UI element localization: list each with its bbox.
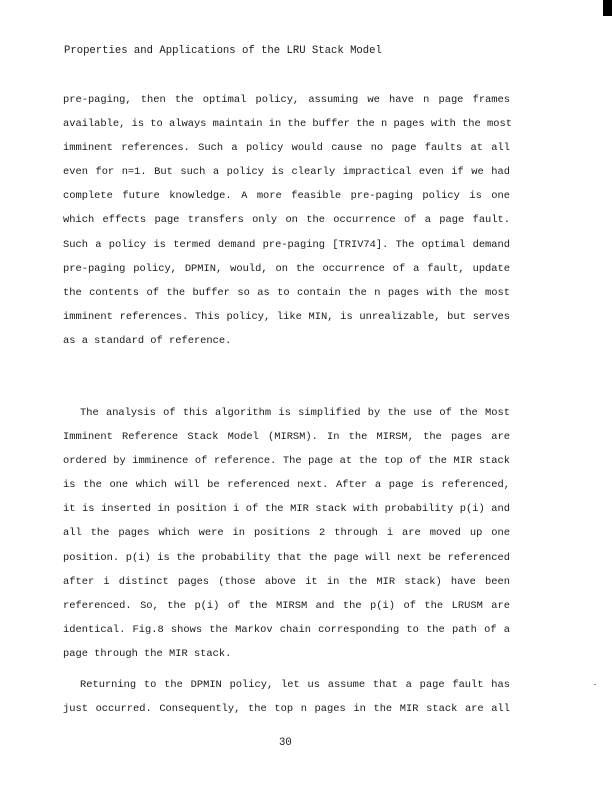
paragraph-mirsm: The analysis of this algorithm is simpli… <box>63 401 510 666</box>
text-line: pre-paging, then the optimal policy, ass… <box>63 88 510 112</box>
text-line: the contents of the buffer so as to cont… <box>63 281 510 305</box>
text-line: Such a policy is termed demand pre-pagin… <box>63 233 510 257</box>
text-line: as a standard of reference. <box>63 329 510 353</box>
text-line: Returning to the DPMIN policy, let us as… <box>63 673 510 697</box>
running-title: Properties and Applications of the LRU S… <box>64 45 382 57</box>
page-number: 30 <box>279 737 292 749</box>
text-line: after i distinct pages (those above it i… <box>63 570 510 594</box>
text-line: is the one which will be referenced next… <box>63 473 510 497</box>
text-line: referenced. So, the p(i) of the MIRSM an… <box>63 594 510 618</box>
text-line: even for n=1. But such a policy is clear… <box>63 160 510 184</box>
paragraph-dpmin-intro: pre-paging, then the optimal policy, ass… <box>63 88 510 353</box>
text-line: The analysis of this algorithm is simpli… <box>63 401 510 425</box>
text-line: position. p(i) is the probability that t… <box>63 546 510 570</box>
text-line: imminent references. This policy, like M… <box>63 305 510 329</box>
text-line: which effects page transfers only on the… <box>63 208 510 232</box>
paragraph-dpmin-return: Returning to the DPMIN policy, let us as… <box>63 673 510 721</box>
text-line: Imminent Reference Stack Model (MIRSM). … <box>63 425 510 449</box>
text-line: complete future knowledge. A more feasib… <box>63 184 510 208</box>
text-line: imminent references. Such a policy would… <box>63 136 510 160</box>
text-line: it is inserted in position i of the MIR … <box>63 497 510 521</box>
text-line: available, is to always maintain in the … <box>63 112 510 136</box>
scan-speck <box>594 684 596 685</box>
text-line: all the pages which were in positions 2 … <box>63 521 510 545</box>
text-line: pre-paging policy, DPMIN, would, on the … <box>63 257 510 281</box>
scan-corner-mark <box>603 0 612 16</box>
text-line: identical. Fig.8 shows the Markov chain … <box>63 618 510 642</box>
text-line: ordered by imminence of reference. The p… <box>63 449 510 473</box>
text-line: just occurred. Consequently, the top n p… <box>63 697 510 721</box>
text-line: page through the MIR stack. <box>63 642 510 666</box>
